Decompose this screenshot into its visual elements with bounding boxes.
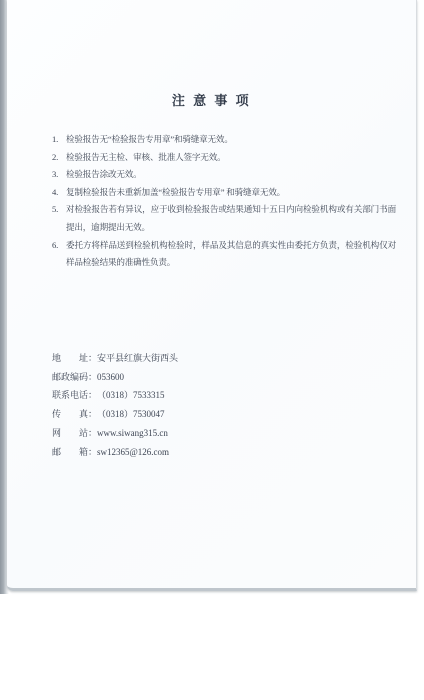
page-title: 注 意 事 项 (7, 90, 416, 109)
contact-label: 网 站： (52, 424, 97, 443)
notice-item: 1. 检验报告无“检验报告专用章”和骑缝章无效。 (52, 131, 396, 149)
notice-text: 复制检验报告未重新加盖“检验报告专用章” 和骑缝章无效。 (66, 184, 396, 202)
contact-row-website: 网 站： www.siwang315.cn (52, 424, 178, 443)
contact-label: 传 真： (52, 405, 97, 424)
notice-item: 6. 委托方将样品送到检验机构检验时，样品及其信息的真实性由委托方负责，检验机构… (52, 237, 396, 272)
notice-text: 检验报告涂改无效。 (66, 166, 396, 184)
contact-value: 安平县红旗大街西头 (97, 349, 178, 368)
notice-number: 3. (52, 166, 66, 184)
contact-label: 邮 箱： (52, 443, 97, 462)
contact-row-postcode: 邮政编码： 053600 (52, 368, 178, 387)
notice-text: 检验报告无主检、审核、批准人签字无效。 (66, 149, 396, 167)
notice-number: 2. (52, 149, 66, 167)
contact-row-phone: 联系电话： （0318）7533315 (52, 386, 178, 405)
notice-text: 检验报告无“检验报告专用章”和骑缝章无效。 (66, 131, 396, 149)
contact-value: 053600 (97, 368, 124, 387)
notice-item: 3. 检验报告涂改无效。 (52, 166, 396, 184)
contact-row-fax: 传 真： （0318）7530047 (52, 405, 178, 424)
notice-number: 6. (52, 237, 66, 272)
contact-block: 地 址： 安平县红旗大街西头 邮政编码： 053600 联系电话： （0318）… (52, 349, 178, 461)
contact-value: （0318）7530047 (97, 405, 165, 424)
scanned-document: 注 意 事 项 1. 检验报告无“检验报告专用章”和骑缝章无效。 2. 检验报告… (0, 0, 424, 700)
contact-value: sw12365@126.com (97, 443, 169, 462)
contact-label: 地 址： (52, 349, 97, 368)
document-page: 注 意 事 项 1. 检验报告无“检验报告专用章”和骑缝章无效。 2. 检验报告… (7, 0, 417, 591)
contact-label: 联系电话： (52, 386, 97, 405)
notice-list: 1. 检验报告无“检验报告专用章”和骑缝章无效。 2. 检验报告无主检、审核、批… (52, 131, 396, 272)
notice-number: 4. (52, 184, 66, 202)
notice-item: 2. 检验报告无主检、审核、批准人签字无效。 (52, 149, 396, 167)
notice-number: 5. (52, 201, 66, 236)
contact-row-address: 地 址： 安平县红旗大街西头 (52, 349, 178, 368)
notice-number: 1. (52, 131, 66, 149)
notice-text: 委托方将样品送到检验机构检验时，样品及其信息的真实性由委托方负责，检验机构仅对样… (66, 237, 396, 272)
notice-text: 对检验报告若有异议，应于收到检验报告或结果通知十五日内向检验机构或有关部门书面提… (66, 201, 396, 236)
contact-value: （0318）7533315 (97, 386, 165, 405)
contact-value: www.siwang315.cn (97, 424, 168, 443)
notice-item: 5. 对检验报告若有异议，应于收到检验报告或结果通知十五日内向检验机构或有关部门… (52, 201, 396, 236)
contact-label: 邮政编码： (52, 368, 97, 387)
contact-row-email: 邮 箱： sw12365@126.com (52, 443, 178, 462)
notice-item: 4. 复制检验报告未重新加盖“检验报告专用章” 和骑缝章无效。 (52, 184, 396, 202)
